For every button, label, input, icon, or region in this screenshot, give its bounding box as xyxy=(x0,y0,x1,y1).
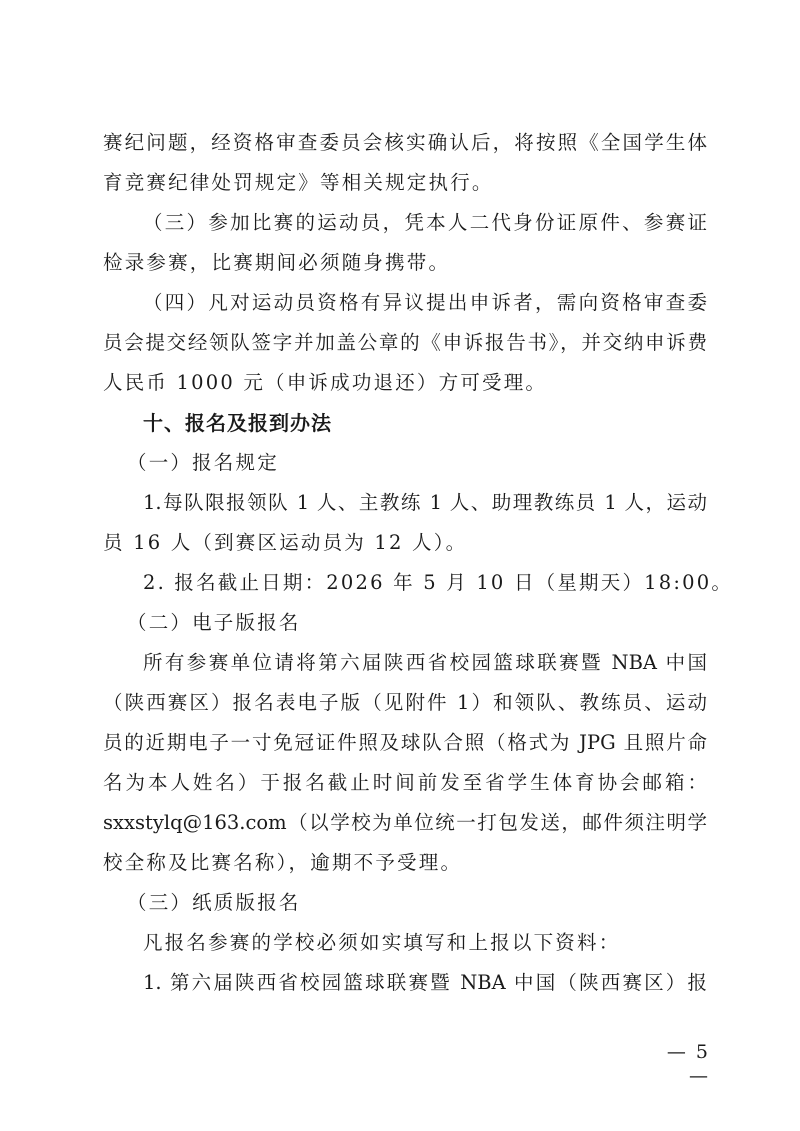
paragraph-line: 员的近期电子一寸免冠证件照及球队合照（格式为 JPG 且照片命 xyxy=(103,723,707,763)
paragraph-line: sxxstylq@163.com（以学校为单位统一打包发送，邮件须注明学 xyxy=(103,803,707,843)
paragraph-line: 检录参赛，比赛期间必须随身携带。 xyxy=(103,243,707,283)
paragraph-line: （陕西赛区）报名表电子版（见附件 1）和领队、教练员、运动 xyxy=(103,683,707,723)
list-item-line: 2. 报名截止日期：2026 年 5 月 10 日（星期天）18:00。 xyxy=(103,563,707,603)
subsection-heading: （二）电子版报名 xyxy=(103,603,707,643)
subsection-heading: （一）报名规定 xyxy=(103,443,707,483)
list-item-line: 员 16 人（到赛区运动员为 12 人）。 xyxy=(103,523,707,563)
paragraph-line: 凡报名参赛的学校必须如实填写和上报以下资料： xyxy=(103,923,707,963)
list-item-line: 1.每队限报领队 1 人、主教练 1 人、助理教练员 1 人，运动 xyxy=(103,483,707,523)
paragraph-line: 育竞赛纪律处罚规定》等相关规定执行。 xyxy=(103,163,707,203)
section-heading: 十、报名及报到办法 xyxy=(103,403,707,443)
paragraph-line: 人民币 1000 元（申诉成功退还）方可受理。 xyxy=(103,363,707,403)
subsection-heading: （三）纸质版报名 xyxy=(103,883,707,923)
paragraph-line: 赛纪问题，经资格审查委员会核实确认后，将按照《全国学生体 xyxy=(103,123,707,163)
paragraph-line: 员会提交经领队签字并加盖公章的《申诉报告书》，并交纳申诉费 xyxy=(103,323,707,363)
list-item-line: 1. 第六届陕西省校园篮球联赛暨 NBA 中国（陕西赛区）报 xyxy=(103,963,707,1003)
paragraph-line: （三）参加比赛的运动员，凭本人二代身份证原件、参赛证 xyxy=(103,203,707,243)
document-body: 赛纪问题，经资格审查委员会核实确认后，将按照《全国学生体 育竞赛纪律处罚规定》等… xyxy=(103,123,707,1003)
paragraph-line: （四）凡对运动员资格有异议提出申诉者，需向资格审查委 xyxy=(103,283,707,323)
page-number: — 5 — xyxy=(640,1040,710,1088)
paragraph-line: 所有参赛单位请将第六届陕西省校园篮球联赛暨 NBA 中国 xyxy=(103,643,707,683)
paragraph-line: 名为本人姓名）于报名截止时间前发至省学生体育协会邮箱： xyxy=(103,763,707,803)
paragraph-line: 校全称及比赛名称），逾期不予受理。 xyxy=(103,843,707,883)
document-page: 赛纪问题，经资格审查委员会核实确认后，将按照《全国学生体 育竞赛纪律处罚规定》等… xyxy=(0,0,800,1131)
